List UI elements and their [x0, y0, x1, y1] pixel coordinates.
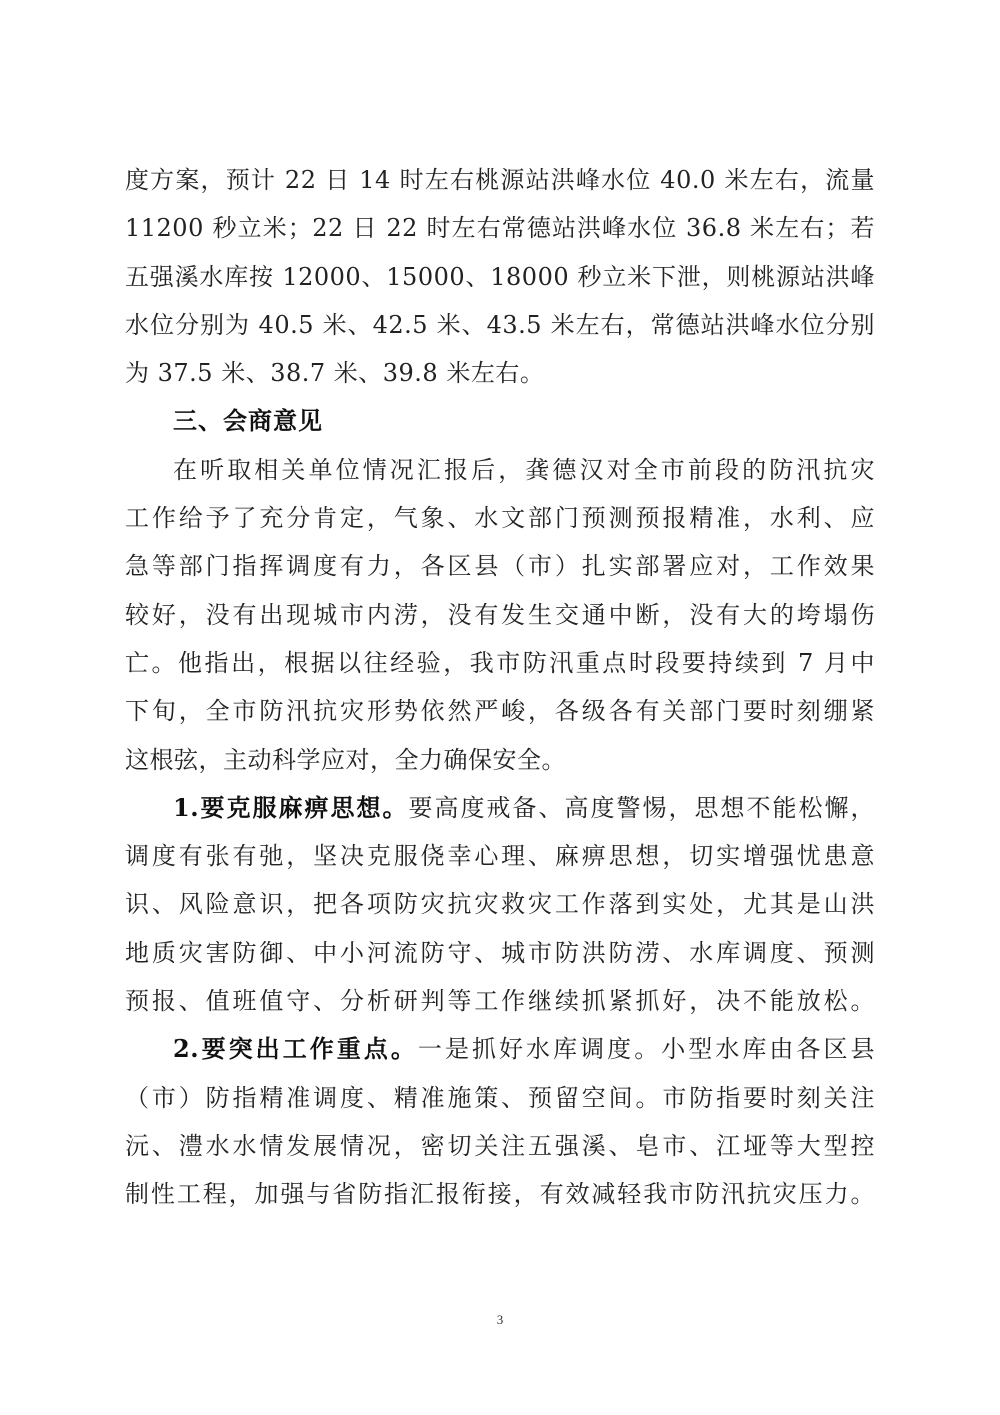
numbered-item-text: 要高度戒备、高度警惕，思想不能松懈， [409, 794, 875, 822]
text-line: 调度有张有弛，坚决克服侥幸心理、麻痹思想，切实增强忧患意 [125, 832, 875, 880]
document-page: 度方案，预计 22 日 14 时左右桃源站洪峰水位 40.0 米左右，流量 11… [0, 0, 1000, 1415]
text-line: 下旬，全市防汛抗灾形势依然严峻，各级各有关部门要时刻绷紧 [125, 687, 875, 735]
text-line: 沅、澧水水情发展情况，密切关注五强溪、皂市、江垭等大型控 [125, 1122, 875, 1170]
numbered-item-1-first-line: 1.要克服麻痹思想。要高度戒备、高度警惕，思想不能松懈， [125, 784, 875, 832]
text-line: 在听取相关单位情况汇报后，龚德汉对全市前段的防汛抗灾 [125, 446, 875, 494]
numbered-item-lead: 1.要克服麻痹思想。 [173, 793, 409, 822]
document-body: 度方案，预计 22 日 14 时左右桃源站洪峰水位 40.0 米左右，流量 11… [125, 156, 875, 1219]
text-line: 较好，没有出现城市内涝，没有发生交通中断，没有大的垮塌伤 [125, 591, 875, 639]
text-line: 水位分别为 40.5 米、42.5 米、43.5 米左右，常德站洪峰水位分别 [125, 301, 875, 349]
text-line: 急等部门指挥调度有力，各区县（市）扎实部署应对，工作效果 [125, 542, 875, 590]
numbered-item-text: 一是抓好水库调度。小型水库由各区县 [418, 1035, 875, 1063]
text-line: 制性工程，加强与省防指汇报衔接，有效减轻我市防汛抗灾压力。 [125, 1170, 875, 1218]
text-line: 工作给予了充分肯定，气象、水文部门预测预报精准，水利、应 [125, 494, 875, 542]
page-number: 3 [0, 1312, 1000, 1328]
text-line: 度方案，预计 22 日 14 时左右桃源站洪峰水位 40.0 米左右，流量 [125, 156, 875, 204]
text-line: 预报、值班值守、分析研判等工作继续抓紧抓好，决不能放松。 [125, 977, 875, 1025]
text-line: 五强溪水库按 12000、15000、18000 秒立米下泄，则桃源站洪峰 [125, 253, 875, 301]
text-line: 识、风险意识，把各项防灾抗灾救灾工作落到实处，尤其是山洪 [125, 880, 875, 928]
text-line: 这根弦，主动科学应对，全力确保安全。 [125, 736, 875, 784]
text-line: 地质灾害防御、中小河流防守、城市防洪防涝、水库调度、预测 [125, 929, 875, 977]
text-line: （市）防指精准调度、精准施策、预留空间。市防指要时刻关注 [125, 1074, 875, 1122]
text-line: 为 37.5 米、38.7 米、39.8 米左右。 [125, 349, 875, 397]
text-line: 11200 秒立米；22 日 22 时左右常德站洪峰水位 36.8 米左右；若 [125, 204, 875, 252]
text-line: 亡。他指出，根据以往经验，我市防汛重点时段要持续到 7 月中 [125, 639, 875, 687]
section-heading: 三、会商意见 [125, 397, 875, 445]
numbered-item-lead: 2.要突出工作重点。 [173, 1034, 418, 1063]
numbered-item-2-first-line: 2.要突出工作重点。一是抓好水库调度。小型水库由各区县 [125, 1025, 875, 1073]
